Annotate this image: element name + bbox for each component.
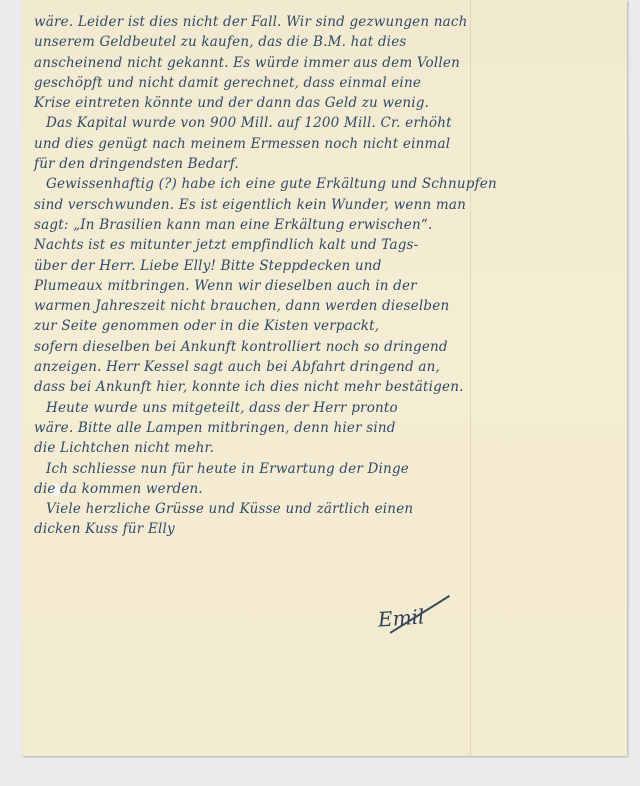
signature: Emil bbox=[377, 604, 425, 631]
letter-line: die Lichtchen nicht mehr. bbox=[34, 438, 614, 458]
letter-line: unserem Geldbeutel zu kaufen, das die B.… bbox=[34, 32, 614, 52]
letter-line: Krise eintreten könnte und der dann das … bbox=[34, 93, 614, 113]
scanned-letter-page: wäre. Leider ist dies nicht der Fall. Wi… bbox=[0, 0, 640, 786]
letter-line: Das Kapital wurde von 900 Mill. auf 1200… bbox=[34, 113, 614, 133]
letter-line: geschöpft und nicht damit gerechnet, das… bbox=[34, 73, 614, 93]
letter-line: Heute wurde uns mitgeteilt, dass der Her… bbox=[34, 398, 614, 418]
letter-line: warmen Jahreszeit nicht brauchen, dann w… bbox=[34, 296, 614, 316]
letter-line: wäre. Leider ist dies nicht der Fall. Wi… bbox=[34, 12, 614, 32]
letter-line: Viele herzliche Grüsse und Küsse und zär… bbox=[34, 499, 614, 519]
letter-line: und dies genügt nach meinem Ermessen noc… bbox=[34, 134, 614, 154]
letter-line: Gewissenhaftig (?) habe ich eine gute Er… bbox=[34, 174, 614, 194]
letter-line: wäre. Bitte alle Lampen mitbringen, denn… bbox=[34, 418, 614, 438]
letter-line: Plumeaux mitbringen. Wenn wir dieselben … bbox=[34, 276, 614, 296]
letter-line: zur Seite genommen oder in die Kisten ve… bbox=[34, 316, 614, 336]
letter-line: dass bei Ankunft hier, konnte ich dies n… bbox=[34, 377, 614, 397]
letter-line: sagt: „In Brasilien kann man eine Erkält… bbox=[34, 215, 614, 235]
letter-line: anzeigen. Herr Kessel sagt auch bei Abfa… bbox=[34, 357, 614, 377]
letter-line: Ich schliesse nun für heute in Erwartung… bbox=[34, 459, 614, 479]
letter-line: sofern dieselben bei Ankunft kontrollier… bbox=[34, 337, 614, 357]
letter-line: die da kommen werden. bbox=[34, 479, 614, 499]
letter-line: Nachts ist es mitunter jetzt empfindlich… bbox=[34, 235, 614, 255]
letter-body: wäre. Leider ist dies nicht der Fall. Wi… bbox=[34, 12, 614, 540]
letter-line: über der Herr. Liebe Elly! Bitte Steppde… bbox=[34, 256, 614, 276]
letter-line: anscheinend nicht gekannt. Es würde imme… bbox=[34, 53, 614, 73]
letter-line: sind verschwunden. Es ist eigentlich kei… bbox=[34, 195, 614, 215]
letter-line: für den dringendsten Bedarf. bbox=[34, 154, 614, 174]
letter-line: dicken Kuss für Elly bbox=[34, 519, 614, 539]
